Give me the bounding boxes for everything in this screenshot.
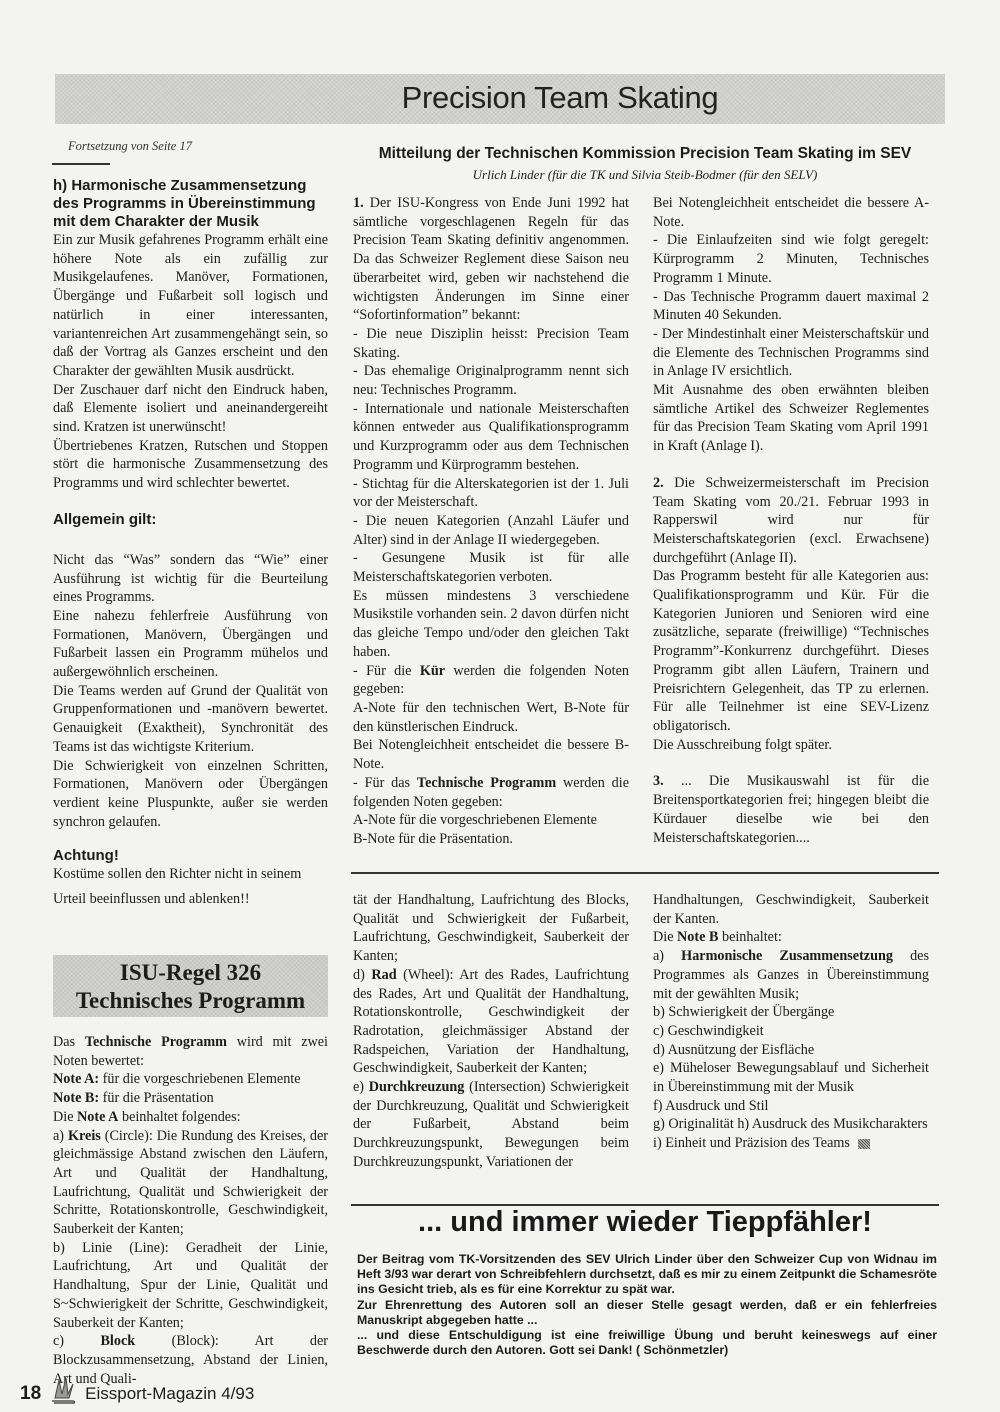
paragraph: Die Note A beinhaltet folgendes: — [53, 1108, 328, 1127]
isu-rule-column: Das Technische Programm wird mit zwei No… — [53, 1033, 328, 1388]
paragraph: ... und diese Entschuldigung ist eine fr… — [357, 1328, 937, 1358]
list-item: - Gesungene Musik ist für alle Meistersc… — [353, 549, 629, 586]
list-item: a) Kreis (Circle): Die Rundung des Kreis… — [53, 1127, 328, 1239]
list-item: - Das Technische Programm dauert maximal… — [653, 288, 929, 325]
paragraph: B-Note für die Präsentation. — [353, 830, 629, 849]
list-item: i) Einheit und Präzision des Teams — [653, 1134, 929, 1153]
list-item: - Der Mindestinhalt einer Meisterschafts… — [653, 325, 929, 381]
article-title: Mitteilung der Technischen Kommission Pr… — [350, 145, 940, 163]
paragraph: Der Zuschauer darf nicht den Eindruck ha… — [53, 381, 328, 437]
list-item: - Stichtag für die Alterskategorien ist … — [353, 475, 629, 512]
list-item: e) Müheloser Bewegungsablauf und Sicherh… — [653, 1059, 929, 1096]
paragraph: Eine nahezu fehlerfreie Ausführung von F… — [53, 607, 328, 682]
allgemein-heading: Allgemein gilt: — [53, 511, 328, 529]
continuation-note: Fortsetzung von Seite 17 — [68, 139, 192, 154]
end-mark-icon — [858, 1139, 870, 1149]
paragraph: Die Note B beinhaltet: — [653, 928, 929, 947]
paragraph: 3. ... Die Musikauswahl ist für die Brei… — [653, 772, 929, 847]
paragraph: 2. Die Schweizermeisterschaft im Precisi… — [653, 474, 929, 568]
list-item: Es müssen mindestens 3 verschiedene Musi… — [353, 587, 629, 662]
paragraph: Übertriebenes Kratzen, Rutschen und Stop… — [53, 437, 328, 493]
mitteilung-column-2: 1. Der ISU-Kongress von Ende Juni 1992 h… — [353, 194, 629, 849]
tieppfaehler-body: Der Beitrag vom TK-Vorsitzenden des SEV … — [357, 1252, 937, 1358]
paragraph: Der Beitrag vom TK-Vorsitzenden des SEV … — [357, 1252, 937, 1298]
isu-rule-box: ISU-Regel 326 Technisches Programm — [53, 955, 328, 1017]
skate-wings-logo-icon — [49, 1376, 77, 1411]
left-column: h) Harmonische Zusammensetzung des Progr… — [53, 177, 328, 909]
paragraph: A-Note für den technischen Wert, B-Note … — [353, 699, 629, 736]
tieppfaehler-title: ... und immer wieder Tieppfähler! — [350, 1206, 940, 1239]
divider — [52, 163, 110, 165]
paragraph: Nicht das “Was” sondern das “Wie” einer … — [53, 551, 328, 607]
section-h-heading: h) Harmonische Zusammensetzung des Progr… — [53, 177, 328, 231]
paragraph: Urteil beeinflussen und ablenken!! — [53, 890, 328, 909]
paragraph: Handhaltungen, Geschwindigkeit, Sauberke… — [653, 891, 929, 928]
list-item: b) Schwierigkeit der Übergänge — [653, 1003, 929, 1022]
list-item: - Die Einlaufzeiten sind wie folgt gereg… — [653, 231, 929, 287]
list-item: - Für das Technische Programm werden die… — [353, 774, 629, 811]
paragraph: Bei Notengleichheit entscheidet die bess… — [653, 194, 929, 231]
paragraph: Die Schwierigkeit von einzelnen Schritte… — [53, 757, 328, 832]
list-item: d) Ausnützung der Eisfläche — [653, 1041, 929, 1060]
list-item: d) Rad (Wheel): Art des Rades, Laufricht… — [353, 966, 629, 1078]
list-item: f) Ausdruck und Stil — [653, 1097, 929, 1116]
list-item: a) Harmonische Zusammensetzung des Progr… — [653, 947, 929, 1003]
list-item: - Das ehemalige Originalprogramm nennt s… — [353, 362, 629, 399]
magazine-name: Eissport-Magazin 4/93 — [85, 1384, 254, 1404]
paragraph: tät der Handhaltung, Laufrichtung des Bl… — [353, 891, 629, 966]
paragraph: Die Ausschreibung folgt später. — [653, 736, 929, 755]
list-item: b) Linie (Line): Geradheit der Linie, La… — [53, 1239, 328, 1333]
section-divider — [351, 872, 939, 874]
list-item: - Die neuen Kategorien (Anzahl Läufer un… — [353, 512, 629, 549]
paragraph: A-Note für die vorgeschriebenen Elemente — [353, 811, 629, 830]
article-author: Urlich Linder (für die TK und Silvia Ste… — [350, 167, 940, 183]
paragraph: 1. Der ISU-Kongress von Ende Juni 1992 h… — [353, 194, 629, 325]
list-item: - Internationale und nationale Meistersc… — [353, 400, 629, 475]
page-number: 18 — [20, 1383, 41, 1405]
mitteilung-column-3: Bei Notengleichheit entscheidet die bess… — [653, 194, 929, 847]
list-item: - Für die Kür werden die folgenden Noten… — [353, 662, 629, 699]
paragraph: Kostüme sollen den Richter nicht in sein… — [53, 865, 328, 884]
paragraph: Die Teams werden auf Grund der Qualität … — [53, 682, 328, 757]
isu-box-line1: ISU-Regel 326 — [53, 959, 328, 987]
paragraph: Das Programm besteht für alle Kategorien… — [653, 567, 929, 735]
paragraph: Ein zur Musik gefahrenes Programm erhält… — [53, 231, 328, 381]
list-item: g) Originalität h) Ausdruck des Musikcha… — [653, 1115, 929, 1134]
paragraph: Das Technische Programm wird mit zwei No… — [53, 1033, 328, 1070]
paragraph: Note B: für die Präsentation — [53, 1089, 328, 1108]
isu-continued-column-2: tät der Handhaltung, Laufrichtung des Bl… — [353, 891, 629, 1172]
list-item: c) Geschwindigkeit — [653, 1022, 929, 1041]
list-item: e) Durchkreuzung (Intersection) Schwieri… — [353, 1078, 629, 1172]
paragraph: Zur Ehrenrettung des Autoren soll an die… — [357, 1298, 937, 1328]
achtung-heading: Achtung! — [53, 847, 328, 865]
isu-box-line2: Technisches Programm — [53, 987, 328, 1015]
page-footer: 18 Eissport-Magazin 4/93 — [20, 1376, 254, 1411]
isu-continued-column-3: Handhaltungen, Geschwindigkeit, Sauberke… — [653, 891, 929, 1153]
paragraph: Mit Ausnahme des oben erwähnten bleiben … — [653, 381, 929, 456]
paragraph: Bei Notengleichheit entscheidet die bess… — [353, 736, 629, 773]
page-title: Precision Team Skating — [55, 80, 945, 116]
header-banner: Precision Team Skating — [55, 74, 945, 124]
list-item: - Die neue Disziplin heisst: Precision T… — [353, 325, 629, 362]
paragraph: Note A: für die vorgeschriebenen Element… — [53, 1070, 328, 1089]
